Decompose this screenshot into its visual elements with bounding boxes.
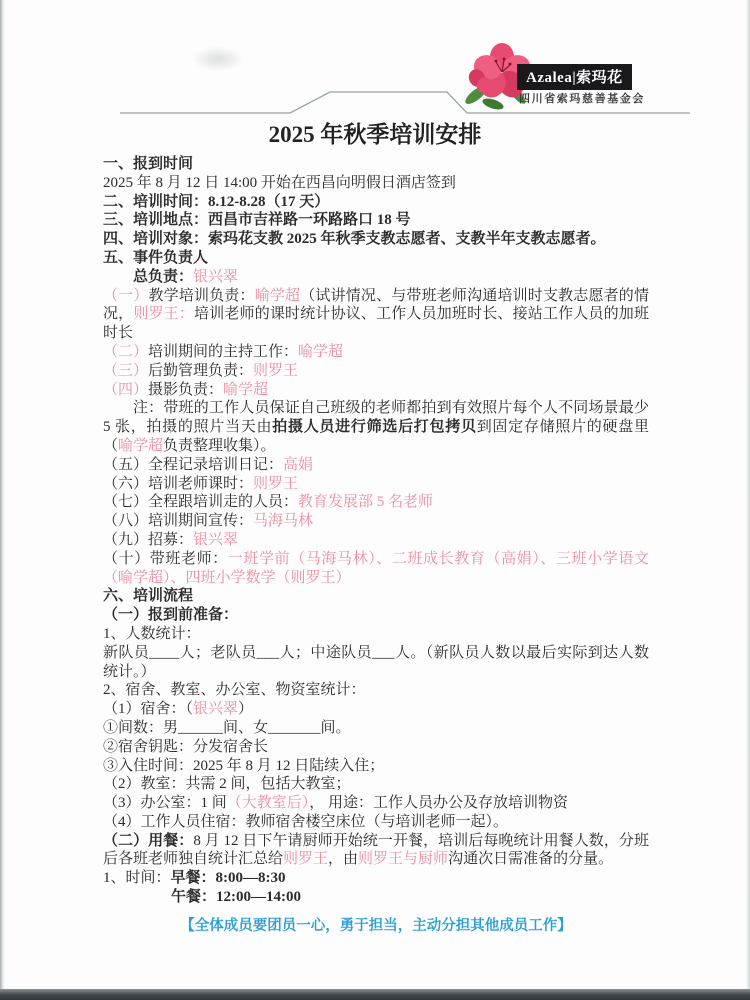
text-segment: 则罗王 <box>253 476 298 492</box>
text-segment: 二、培训时间：8.12-8.28（17 天） <box>103 194 329 210</box>
text-segment: 则罗王 <box>283 851 328 867</box>
doc-paragraph: （六）培训老师课时：则罗王 <box>103 475 649 494</box>
doc-paragraph: 六、培训流程 <box>103 587 649 606</box>
text-segment: 喻学超 <box>118 438 163 454</box>
text-segment: 马海马林 <box>253 513 313 529</box>
text-segment: 教育发展部 5 名老师 <box>298 494 433 510</box>
scan-edge-bottom <box>0 989 750 1000</box>
doc-paragraph: （二）培训期间的主持工作：喻学超 <box>103 343 649 362</box>
text-segment: 则罗王： <box>133 306 194 322</box>
doc-paragraph: （二）用餐：8 月 12 日下午请厨师开始统一开餐，培训后每晚统计用餐人数，分班… <box>103 832 649 870</box>
text-segment: 则罗王与厨师 <box>358 851 448 867</box>
doc-paragraph: （3）办公室：1 间（大教室后）， 用途：工作人员办公及存放培训物资 <box>103 794 649 813</box>
text-segment: 早餐：8:00—8:30 <box>171 870 286 886</box>
text-segment: 则罗王 <box>253 363 298 379</box>
text-segment: 新队员____人；老队员___人；中途队员___人。（新队员人数以最后实际到达人… <box>103 645 649 680</box>
text-segment: 喻学超 <box>298 344 343 360</box>
scan-edge-right <box>746 0 750 1000</box>
doc-paragraph: 新队员____人；老队员___人；中途队员___人。（新队员人数以最后实际到达人… <box>103 644 649 682</box>
doc-paragraph: （四）摄影负责：喻学超 <box>103 381 649 400</box>
scan-edge-left <box>0 0 5 1000</box>
text-segment: （3）办公室：1 间 <box>103 795 227 811</box>
doc-paragraph: ②宿舍钥匙：分发宿舍长 <box>103 738 649 757</box>
foundation-name: 四川省索玛慈善基金会 <box>519 90 645 106</box>
doc-paragraph: 一、报到时间 <box>103 155 649 174</box>
text-segment: 一、报到时间 <box>103 156 193 172</box>
text-segment: 六、培训流程 <box>103 588 193 604</box>
text-segment: （一）报到前准备： <box>103 607 238 623</box>
text-segment: （一） <box>103 288 149 304</box>
doc-paragraph: 午餐：12:00—14:00 <box>103 888 649 907</box>
text-segment: （三） <box>103 363 148 379</box>
text-segment: 沟通次日需准备的分量。 <box>448 851 613 867</box>
text-segment: ②宿舍钥匙：分发宿舍长 <box>103 739 268 755</box>
text-segment: （七）全程跟培训走的人员： <box>103 494 298 510</box>
text-segment: 培训期间的主持工作： <box>148 344 298 360</box>
text-segment: 高娟 <box>283 457 313 473</box>
footer-slogan: 【全体成员要团员一心，勇于担当，主动分担其他成员工作】 <box>103 917 649 936</box>
text-segment: 1、人数统计： <box>103 626 201 642</box>
doc-paragraph: ①间数：男______间、女_______间。 <box>103 719 649 738</box>
doc-paragraph: （1）宿舍：（银兴翠） <box>103 700 649 719</box>
doc-paragraph: 总负责：银兴翠 <box>103 268 649 287</box>
document-body: 一、报到时间2025 年 8 月 12 日 14:00 开始在西昌向明假日酒店签… <box>103 155 649 936</box>
doc-paragraph: （五）全程记录培训日记：高娟 <box>103 456 649 475</box>
text-segment: 三、培训地点：西昌市吉祥路一环路路口 18 号 <box>103 212 411 228</box>
doc-paragraph: 注：带班的工作人员保证自己班级的老师都拍到有效照片每个人不同场景最少 5 张，拍… <box>103 399 649 455</box>
text-segment: ） <box>238 701 253 717</box>
text-segment: （4）工作人员住宿：教师宿舍楼空床位（与培训老师一起）。 <box>103 814 508 830</box>
doc-paragraph: （2）教室：共需 2 间，包括大教室； <box>103 775 649 794</box>
text-segment: ①间数：男______间、女_______间。 <box>103 720 351 736</box>
text-segment: （大教室后） <box>227 795 310 811</box>
text-segment: （九）招募： <box>103 532 193 548</box>
doc-paragraph: 三、培训地点：西昌市吉祥路一环路路口 18 号 <box>103 211 649 230</box>
text-segment: 2、宿舍、教室、办公室、物资室统计： <box>103 682 366 698</box>
text-segment: ③入住时间：2025 年 8 月 12 日陆续入住； <box>103 758 384 774</box>
text-segment: （六）培训老师课时： <box>103 476 253 492</box>
text-segment: 摄影负责： <box>148 382 223 398</box>
text-segment: ， 用途：工作人员办公及存放培训物资 <box>309 795 568 811</box>
doc-paragraph: 1、人数统计： <box>103 625 649 644</box>
logo-badge: Azalea|索玛花 <box>517 64 632 90</box>
text-segment: 1、时间： <box>103 870 171 886</box>
doc-paragraph: 1、时间：早餐：8:00—8:30 <box>103 869 649 888</box>
doc-paragraph: （一）报到前准备： <box>103 606 649 625</box>
text-segment: 喻学超 <box>223 382 268 398</box>
doc-paragraph: （九）招募：银兴翠 <box>103 531 649 550</box>
text-segment: （四） <box>103 382 148 398</box>
text-segment: ，由 <box>328 851 358 867</box>
text-segment: 拍摄人员进行筛选后打包拷贝 <box>272 419 476 435</box>
doc-paragraph: ③入住时间：2025 年 8 月 12 日陆续入住； <box>103 757 649 776</box>
scanned-document-page: Azalea|索玛花 四川省索玛慈善基金会 2025 年秋季培训安排 一、报到时… <box>0 0 750 1000</box>
doc-paragraph: （一）教学培训负责：喻学超（试讲情况、与带班老师沟通培训时支教志愿者的情况，则罗… <box>103 287 649 343</box>
doc-paragraph: （八）培训期间宣传：马海马林 <box>103 512 649 531</box>
text-segment: 五、事件负责人 <box>103 250 208 266</box>
doc-paragraph: 五、事件负责人 <box>103 249 649 268</box>
text-segment: 喻学超 <box>255 288 301 304</box>
text-segment: （五）全程记录培训日记： <box>103 457 283 473</box>
text-segment: 银兴翠 <box>193 701 238 717</box>
doc-paragraph: 2025 年 8 月 12 日 14:00 开始在西昌向明假日酒店签到 <box>103 174 649 193</box>
text-segment: （二）用餐： <box>103 833 193 849</box>
text-segment: 午餐：12:00—14:00 <box>171 889 301 905</box>
text-segment: 负责整理收集）。 <box>163 438 276 454</box>
doc-paragraph: （十）带班老师：一班学前（马海马林）、二班成长教育（高娟）、三班小学语文（喻学超… <box>103 550 649 588</box>
text-segment: 后勤管理负责： <box>148 363 253 379</box>
text-segment: 银兴翠 <box>193 532 238 548</box>
text-segment: 四、培训对象：索玛花支教 2025 年秋季支教志愿者、支教半年支教志愿者。 <box>103 231 606 247</box>
text-segment: （八）培训期间宣传： <box>103 513 253 529</box>
document-title: 2025 年秋季培训安排 <box>0 116 750 149</box>
foundation-logo: Azalea|索玛花 四川省索玛慈善基金会 <box>455 34 705 114</box>
text-segment: 教学培训负责： <box>149 288 255 304</box>
text-segment: 银兴翠 <box>193 269 238 285</box>
text-segment: （1）宿舍：（ <box>103 701 193 717</box>
text-segment: （十）带班老师： <box>103 551 228 567</box>
doc-paragraph: （七）全程跟培训走的人员：教育发展部 5 名老师 <box>103 493 649 512</box>
text-segment: （二） <box>103 344 148 360</box>
doc-paragraph: （4）工作人员住宿：教师宿舍楼空床位（与培训老师一起）。 <box>103 813 649 832</box>
doc-paragraph: 四、培训对象：索玛花支教 2025 年秋季支教志愿者、支教半年支教志愿者。 <box>103 230 649 249</box>
text-segment: 2025 年 8 月 12 日 14:00 开始在西昌向明假日酒店签到 <box>103 175 456 191</box>
doc-paragraph: 二、培训时间：8.12-8.28（17 天） <box>103 193 649 212</box>
text-segment: （2）教室：共需 2 间，包括大教室； <box>103 776 351 792</box>
text-segment: 总负责： <box>133 269 193 285</box>
doc-paragraph: 2、宿舍、教室、办公室、物资室统计： <box>103 681 649 700</box>
doc-paragraph: （三）后勤管理负责：则罗王 <box>103 362 649 381</box>
